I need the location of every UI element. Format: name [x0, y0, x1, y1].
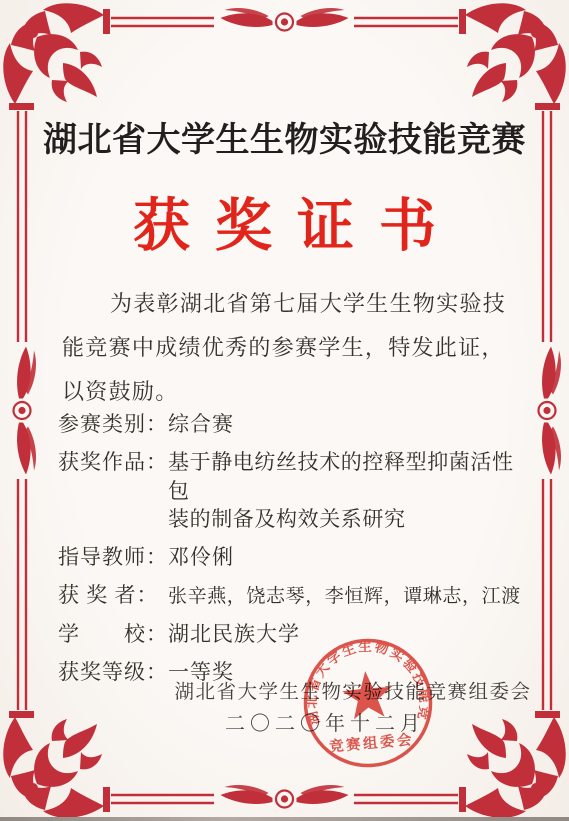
- field-value: 邓伶俐: [168, 543, 234, 572]
- field-row-category: 参赛类别： 综合赛: [58, 410, 529, 439]
- certificate-page: 湖北省大学生生物实验技能竞赛 获奖证书 为表彰湖北省第七届大学生生物实验技 能竞…: [0, 0, 569, 821]
- seal-bottom-text: 竞赛组委会: [328, 730, 414, 755]
- certificate-heading: 获奖证书: [0, 180, 569, 262]
- scan-edge-shadow: [0, 817, 569, 821]
- field-value: 综合赛: [168, 410, 234, 439]
- competition-title: 湖北省大学生生物实验技能竞赛: [0, 112, 569, 161]
- field-label: 获 奖 者：: [58, 581, 168, 610]
- official-seal: 湖北省大学生生物实验技能竞赛 竞赛组委会: [287, 622, 450, 785]
- field-value: 张辛燕，饶志琴，李恒辉，谭琳志，江渡: [168, 581, 521, 611]
- field-row-winners: 获 奖 者： 张辛燕，饶志琴，李恒辉，谭琳志，江渡: [58, 581, 529, 611]
- certificate-content: 湖北省大学生生物实验技能竞赛 获奖证书 为表彰湖北省第七届大学生生物实验技 能竞…: [0, 0, 569, 821]
- citation-line: 以资鼓励。: [62, 370, 517, 414]
- citation-line: 能竞赛中成绩优秀的参赛学生，特发此证，: [62, 326, 517, 370]
- field-value: 基于静电纺丝技术的控释型抑菌活性包 装的制备及构效关系研究: [168, 448, 529, 534]
- citation-paragraph: 为表彰湖北省第七届大学生生物实验技 能竞赛中成绩优秀的参赛学生，特发此证， 以资…: [62, 282, 517, 414]
- citation-line: 为表彰湖北省第七届大学生生物实验技: [62, 282, 517, 326]
- field-label: 学 校：: [58, 620, 168, 649]
- field-value: 湖北民族大学: [168, 620, 300, 649]
- red-star-icon: [341, 669, 394, 720]
- field-row-advisor: 指导教师： 邓伶俐: [58, 543, 529, 572]
- work-title-line: 基于静电纺丝技术的控释型抑菌活性包: [168, 448, 529, 505]
- field-row-work-title: 获奖作品： 基于静电纺丝技术的控释型抑菌活性包 装的制备及构效关系研究: [58, 448, 529, 534]
- field-label: 指导教师：: [58, 543, 168, 572]
- work-title-line: 装的制备及构效关系研究: [168, 505, 529, 534]
- field-label: 获奖作品：: [58, 448, 168, 477]
- field-label: 参赛类别：: [58, 410, 168, 439]
